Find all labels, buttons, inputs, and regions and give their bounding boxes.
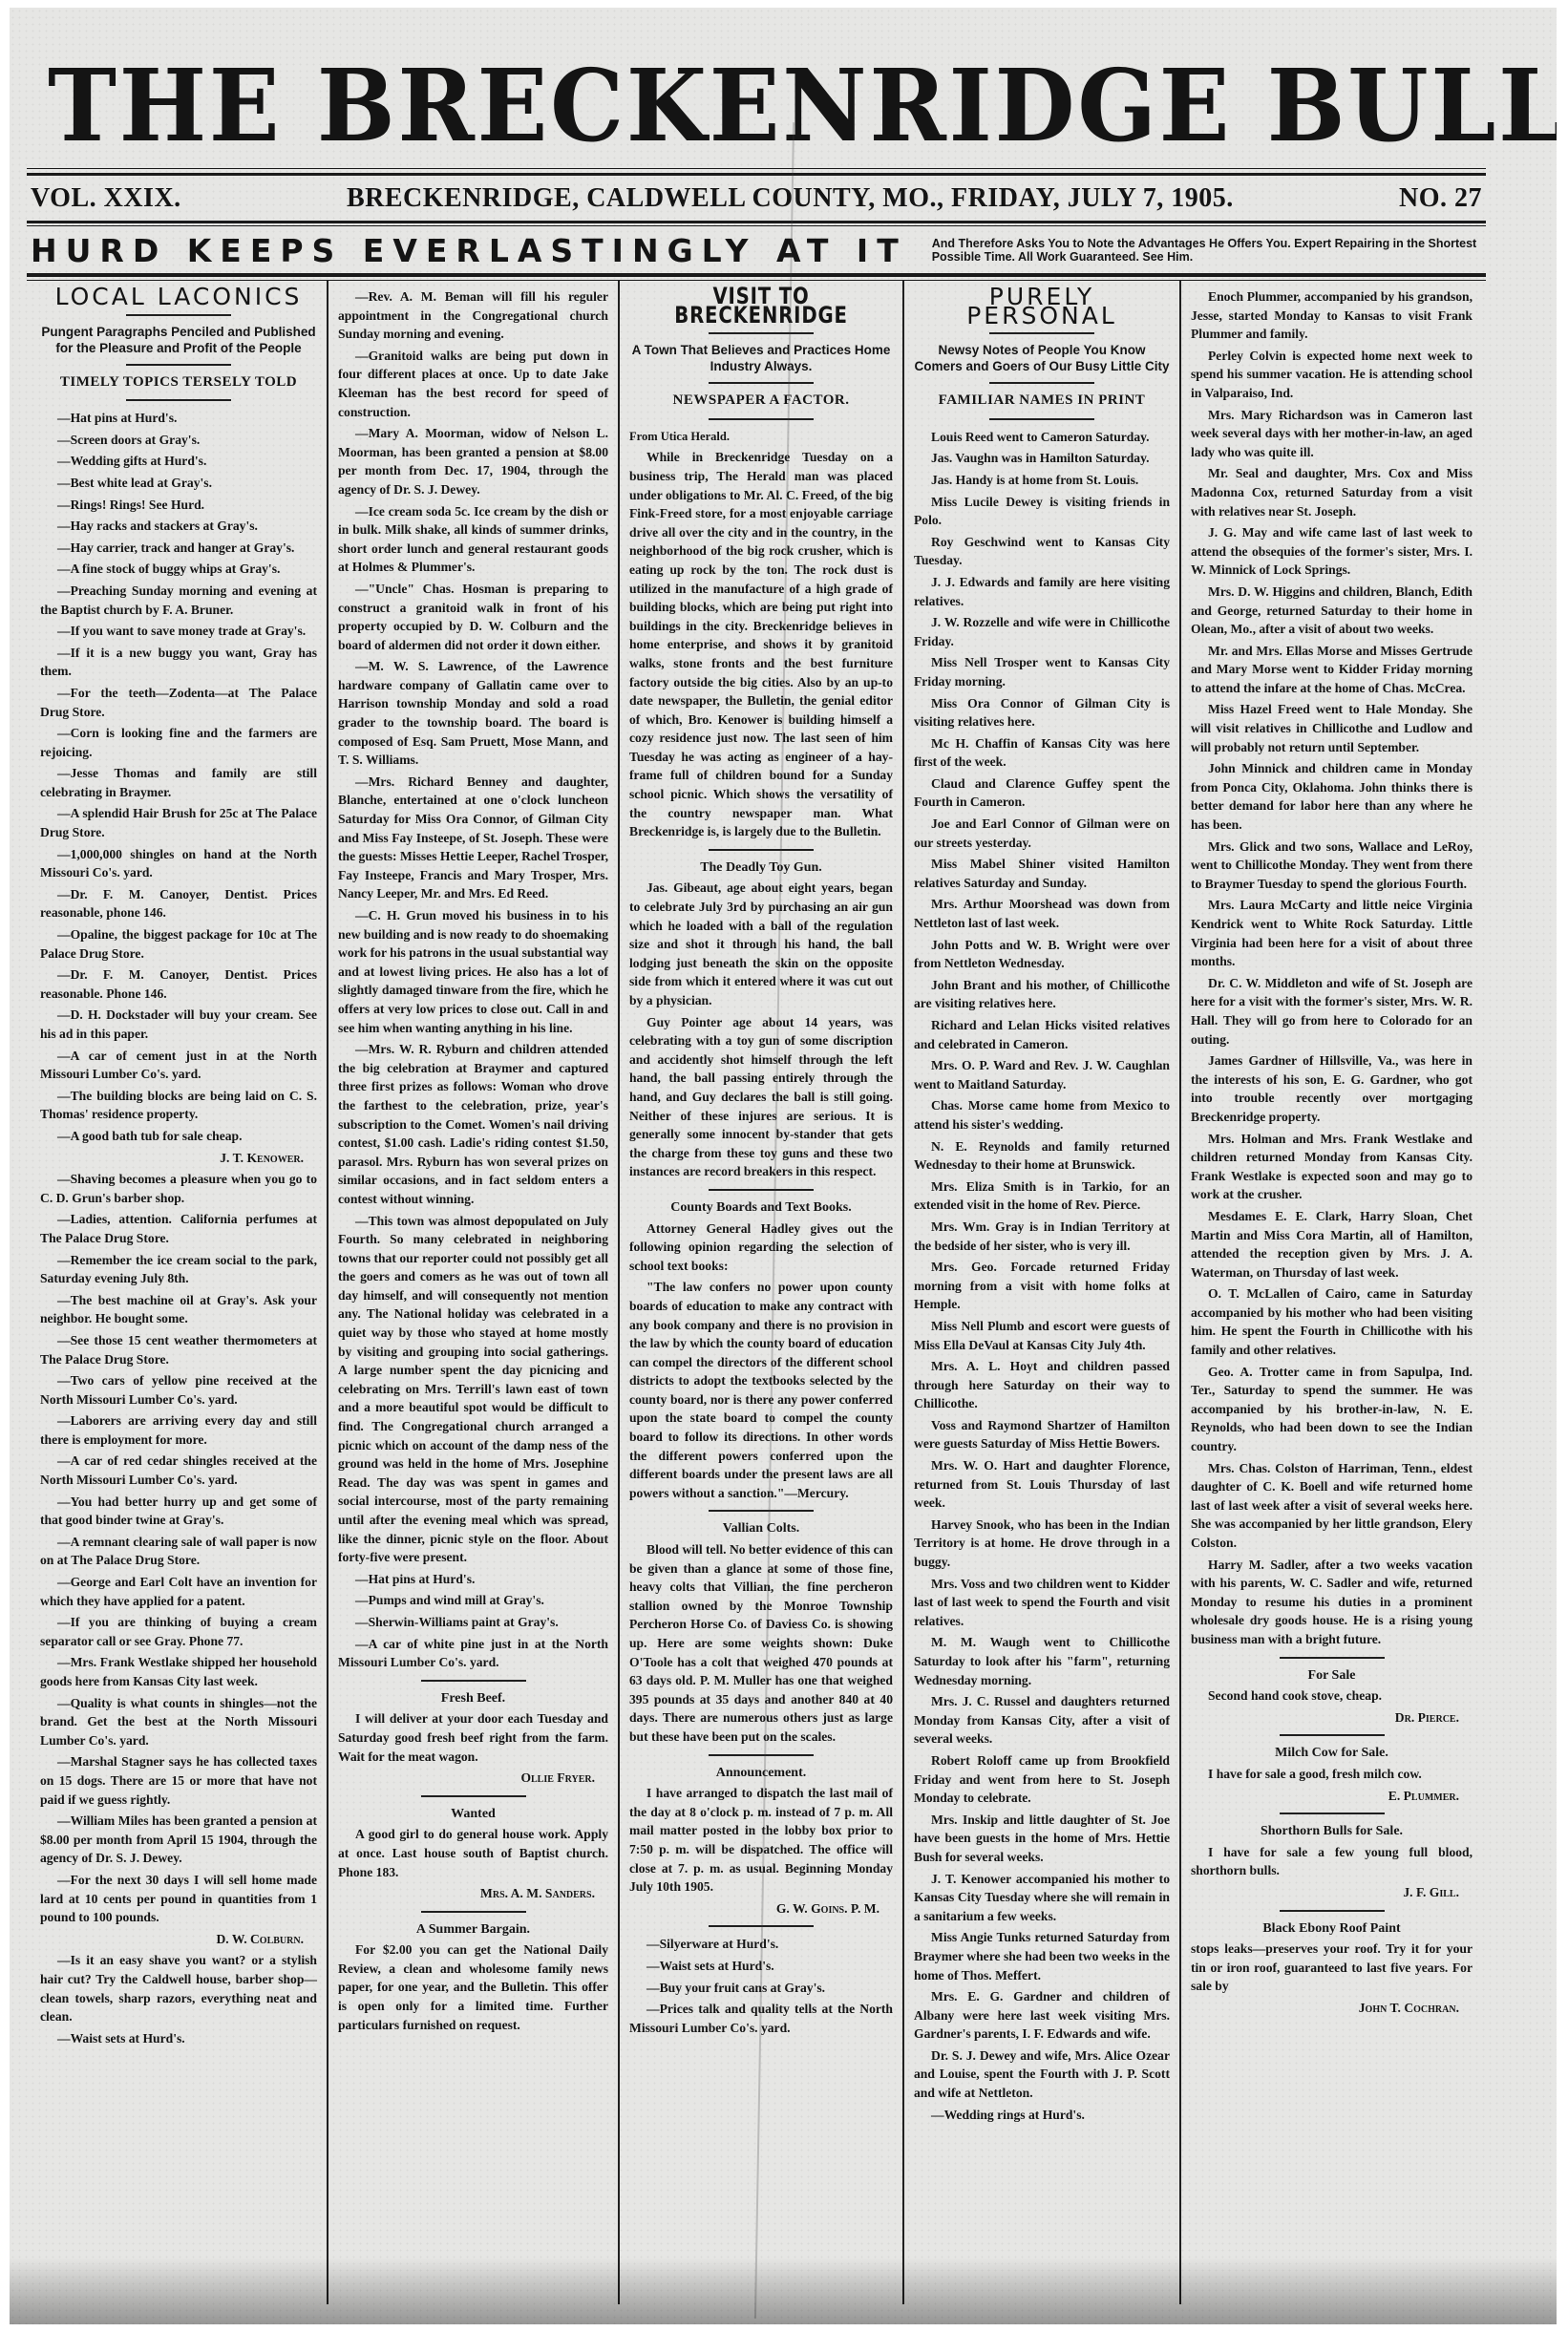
article-body: I have arranged to dispatch the last mai…	[629, 1784, 893, 1897]
ad-title: A Summer Bargain.	[338, 1920, 608, 1940]
news-item: Jas. Gibeaut, age about eight years, beg…	[629, 879, 893, 1009]
news-item: N. E. Reynolds and family returned Wedne…	[914, 1137, 1170, 1175]
news-item: —You had better hurry up and get some of…	[40, 1493, 317, 1530]
news-item: —Prices talk and quality tells at the No…	[629, 2000, 893, 2037]
masthead-title: THE BRECKENRIDGE BULLETIN	[48, 53, 1380, 159]
news-item: M. M. Waugh went to Chillicothe Saturday…	[914, 1633, 1170, 1689]
news-item: —If it is a new buggy you want, Gray has…	[40, 644, 317, 681]
article-body: Blood will tell. No better evidence of t…	[629, 1540, 893, 1747]
news-item: —Ice cream soda 5c. Ice cream by the dis…	[338, 502, 608, 577]
news-item: "The law confers no power upon county bo…	[629, 1278, 893, 1502]
news-item: Miss Hazel Freed went to Hale Monday. Sh…	[1191, 700, 1473, 756]
signature: J. F. Gill.	[1191, 1883, 1473, 1902]
divider	[709, 332, 814, 334]
article-title: Announcement.	[629, 1764, 893, 1783]
divider	[1280, 1657, 1385, 1659]
news-item: Chas. Morse came home from Mexico to att…	[914, 1096, 1170, 1134]
news-item: Mrs. W. O. Hart and daughter Florence, r…	[914, 1456, 1170, 1513]
divider	[709, 849, 814, 851]
news-list: —Silyerware at Hurd's.—Waist sets at Hur…	[629, 1935, 893, 2037]
news-item: —Hat pins at Hurd's.	[40, 409, 317, 428]
news-item: Joe and Earl Connor of Gilman were on ou…	[914, 815, 1170, 852]
signature: G. W. Goins. P. M.	[629, 1899, 893, 1919]
news-list: —Is it an easy shave you want? or a styl…	[40, 1951, 317, 2047]
divider	[27, 225, 1486, 226]
news-item: —A car of red cedar shingles received at…	[40, 1452, 317, 1489]
ad-title: Milch Cow for Sale.	[1191, 1744, 1473, 1763]
section-title: LOCAL LACONICS	[40, 287, 317, 307]
signature: Dr. Pierce.	[1191, 1708, 1473, 1728]
news-item: J. J. Edwards and family are here visiti…	[914, 573, 1170, 610]
news-item: Enoch Plummer, accompanied by his grands…	[1191, 287, 1473, 344]
news-item: J. T. Kenower accompanied his mother to …	[914, 1870, 1170, 1926]
news-item: Mrs. Holman and Mrs. Frank Westlake and …	[1191, 1130, 1473, 1204]
news-item: —Granitoid walks are being put down in f…	[338, 347, 608, 421]
news-item: Mrs. Arthur Moorshead was down from Nett…	[914, 895, 1170, 932]
issue-number: NO. 27	[1399, 183, 1482, 214]
news-item: Harvey Snook, who has been in the Indian…	[914, 1516, 1170, 1572]
section-kicker: NEWSPAPER A FACTOR.	[629, 392, 893, 411]
news-item: —Mrs. Frank Westlake shipped her househo…	[40, 1653, 317, 1690]
article-title: County Boards and Text Books.	[629, 1198, 893, 1218]
news-item: —A fine stock of buggy whips at Gray's.	[40, 560, 317, 579]
news-item: Mrs. Wm. Gray is in Indian Territory at …	[914, 1218, 1170, 1255]
news-list: Enoch Plummer, accompanied by his grands…	[1191, 287, 1473, 1649]
signature: E. Plummer.	[1191, 1787, 1473, 1806]
news-item: —Quality is what counts in shingles—not …	[40, 1694, 317, 1750]
news-item: —A car of white pine just in at the Nort…	[338, 1635, 608, 1672]
section-kicker: TIMELY TOPICS TERSELY TOLD	[40, 373, 317, 392]
divider	[126, 314, 231, 316]
news-item: Mrs. Glick and two sons, Wallace and LeR…	[1191, 837, 1473, 894]
news-item: Mrs. D. W. Higgins and children, Blanch,…	[1191, 583, 1473, 639]
news-item: Mrs. Voss and two children went to Kidde…	[914, 1575, 1170, 1631]
news-item: —Is it an easy shave you want? or a styl…	[40, 1951, 317, 2025]
ad-title: Black Ebony Roof Paint	[1191, 1919, 1473, 1939]
news-list: —Rev. A. M. Beman will fill his reguler …	[338, 287, 608, 1672]
divider	[421, 1911, 526, 1913]
news-item: Mrs. Chas. Colston of Harriman, Tenn., e…	[1191, 1459, 1473, 1553]
news-item: Voss and Raymond Shartzer of Hamilton we…	[914, 1416, 1170, 1453]
divider	[421, 1795, 526, 1797]
signature: Ollie Fryer.	[338, 1769, 608, 1788]
news-item: —D. H. Dockstader will buy your cream. S…	[40, 1006, 317, 1043]
news-item: Dr. S. J. Dewey and wife, Mrs. Alice Oze…	[914, 2046, 1170, 2103]
news-item: —If you want to save money trade at Gray…	[40, 622, 317, 641]
news-item: —Screen doors at Gray's.	[40, 431, 317, 450]
ad-title: Shorthorn Bulls for Sale.	[1191, 1822, 1473, 1841]
news-item: —For the teeth—Zodenta—at The Palace Dru…	[40, 684, 317, 721]
divider	[989, 418, 1094, 420]
news-item: Mr. Seal and daughter, Mrs. Cox and Miss…	[1191, 464, 1473, 520]
news-item: Miss Mabel Shiner visited Hamilton relat…	[914, 855, 1170, 892]
news-list: Louis Reed went to Cameron Saturday.Jas.…	[914, 428, 1170, 2124]
ad-body: I will deliver at your door each Tuesday…	[338, 1709, 608, 1766]
news-item: —Waist sets at Hurd's.	[629, 1957, 893, 1976]
news-item: Mrs. Mary Richardson was in Cameron last…	[1191, 406, 1473, 462]
signature: J. T. Kenower.	[40, 1149, 317, 1168]
news-item: —If you are thinking of buying a cream s…	[40, 1613, 317, 1650]
banner-tagline: And Therefore Asks You to Note the Advan…	[932, 237, 1482, 264]
news-item: Claud and Clarence Guffey spent the Four…	[914, 774, 1170, 812]
divider	[27, 221, 1486, 223]
ad-body: For $2.00 you can get the National Daily…	[338, 1940, 608, 2034]
ad-body: A good girl to do general house work. Ap…	[338, 1825, 608, 1881]
hurd-banner-ad: HURD KEEPS EVERLASTINGLY AT IT And There…	[31, 230, 1482, 270]
divider	[126, 399, 231, 401]
article-title: The Deadly Toy Gun.	[629, 859, 893, 878]
divider	[421, 1680, 526, 1682]
news-item: —Laborers are arriving every day and sti…	[40, 1411, 317, 1449]
column-five: Enoch Plummer, accompanied by his grands…	[1179, 280, 1482, 2304]
section-deck: A Town That Believes and Practices Home …	[629, 342, 893, 374]
banner-headline: HURD KEEPS EVERLASTINGLY AT IT	[31, 232, 907, 269]
news-item: Geo. A. Trotter came in from Sapulpa, In…	[1191, 1363, 1473, 1456]
news-item: Mc H. Chaffin of Kansas City was here fi…	[914, 734, 1170, 772]
news-item: —Hay racks and stackers at Gray's.	[40, 517, 317, 536]
news-item: Miss Lucile Dewey is visiting friends in…	[914, 493, 1170, 530]
section-deck: Newsy Notes of People You Know Comers an…	[914, 342, 1170, 374]
news-item: Mrs. Inskip and little daughter of St. J…	[914, 1811, 1170, 1867]
news-item: —M. W. S. Lawrence, of the Lawrence hard…	[338, 657, 608, 770]
news-item: —Two cars of yellow pine received at the…	[40, 1371, 317, 1409]
news-item: Mrs. Eliza Smith is in Tarkio, for an ex…	[914, 1177, 1170, 1215]
news-item: —Dr. F. M. Canoyer, Dentist. Prices reas…	[40, 885, 317, 922]
news-item: —Mary A. Moorman, widow of Nelson L. Moo…	[338, 424, 608, 498]
news-item: Richard and Lelan Hicks visited relative…	[914, 1016, 1170, 1053]
news-item: —Marshal Stagner says he has collected t…	[40, 1752, 317, 1809]
divider	[1280, 1813, 1385, 1814]
news-item: —Corn is looking fine and the farmers ar…	[40, 724, 317, 761]
section-kicker: FAMILIAR NAMES IN PRINT	[914, 392, 1170, 411]
news-item: —A good bath tub for sale cheap.	[40, 1127, 317, 1146]
news-item: —Silyerware at Hurd's.	[629, 1935, 893, 1954]
news-list: —Shaving becomes a pleasure when you go …	[40, 1170, 317, 1927]
section-title: VISIT TO BRECKENRIDGE	[653, 287, 869, 325]
news-item: —Jesse Thomas and family are still celeb…	[40, 764, 317, 801]
news-item: —Preaching Sunday morning and evening at…	[40, 582, 317, 619]
divider	[989, 332, 1094, 334]
news-item: —Buy your fruit cans at Gray's.	[629, 1979, 893, 1998]
news-item: —Remember the ice cream social to the pa…	[40, 1251, 317, 1288]
news-item: Mrs. O. P. Ward and Rev. J. W. Caughlan …	[914, 1056, 1170, 1093]
divider	[27, 273, 1486, 277]
divider	[709, 1510, 814, 1512]
news-item: Guy Pointer age about 14 years, was cele…	[629, 1013, 893, 1181]
news-item: —Waist sets at Hurd's.	[40, 2029, 317, 2048]
news-item: —This town was almost depopulated on Jul…	[338, 1212, 608, 1567]
column-purely-personal: PURELY PERSONAL Newsy Notes of People Yo…	[902, 280, 1179, 2304]
divider	[709, 1189, 814, 1191]
news-list: —Hat pins at Hurd's.—Screen doors at Gra…	[40, 409, 317, 1145]
news-item: —Hay carrier, track and hanger at Gray's…	[40, 539, 317, 558]
divider	[1280, 1734, 1385, 1736]
news-item: Roy Geschwind went to Kansas City Tuesda…	[914, 533, 1170, 570]
divider	[27, 168, 1486, 169]
news-item: Mrs. Geo. Forcade returned Friday mornin…	[914, 1258, 1170, 1314]
news-item: Louis Reed went to Cameron Saturday.	[914, 428, 1170, 447]
news-item: —A remnant clearing sale of wall paper i…	[40, 1533, 317, 1570]
news-item: Miss Nell Trosper went to Kansas City Fr…	[914, 653, 1170, 690]
news-item: —Mrs. W. R. Ryburn and children attended…	[338, 1040, 608, 1208]
news-item: —Opaline, the biggest package for 10c at…	[40, 925, 317, 963]
news-item: John Minnick and children came in Monday…	[1191, 759, 1473, 834]
news-item: Miss Ora Connor of Gilman City is visiti…	[914, 694, 1170, 731]
ad-body: I have for sale a few young full blood, …	[1191, 1843, 1473, 1880]
news-item: —William Miles has been granted a pensio…	[40, 1812, 317, 1868]
news-item: —1,000,000 shingles on hand at the North…	[40, 845, 317, 882]
news-item: —Ladies, attention. California perfumes …	[40, 1210, 317, 1247]
news-item: —The building blocks are being laid on C…	[40, 1087, 317, 1124]
news-item: Mrs. A. L. Hoyt and children passed thro…	[914, 1357, 1170, 1413]
news-item: —See those 15 cent weather thermometers …	[40, 1331, 317, 1368]
news-item: —For the next 30 days I will sell home m…	[40, 1871, 317, 1927]
news-item: Dr. C. W. Middleton and wife of St. Jose…	[1191, 974, 1473, 1049]
news-item: Miss Nell Plumb and escort were guests o…	[914, 1317, 1170, 1354]
section-deck: Pungent Paragraphs Penciled and Publishe…	[40, 324, 317, 356]
signature: John T. Cochran.	[1191, 1999, 1473, 2018]
divider	[709, 418, 814, 420]
news-item: —Wedding rings at Hurd's.	[914, 2106, 1170, 2125]
news-item: Mrs. E. G. Gardner and children of Alban…	[914, 1987, 1170, 2044]
news-item: —A car of cement just in at the North Mi…	[40, 1047, 317, 1084]
news-item: —A splendid Hair Brush for 25c at The Pa…	[40, 804, 317, 841]
column-two: —Rev. A. M. Beman will fill his reguler …	[327, 280, 618, 2304]
divider	[709, 1925, 814, 1927]
ad-body: I have for sale a good, fresh milch cow.	[1191, 1765, 1473, 1784]
ad-body: Second hand cook stove, cheap.	[1191, 1686, 1473, 1706]
ad-title: Fresh Beef.	[338, 1689, 608, 1708]
news-item: Jas. Vaughn was in Hamilton Saturday.	[914, 449, 1170, 468]
news-item: —Pumps and wind mill at Gray's.	[338, 1591, 608, 1610]
news-item: John Potts and W. B. Wright were over fr…	[914, 936, 1170, 973]
dateline: BRECKENRIDGE, CALDWELL COUNTY, MO., FRID…	[347, 183, 1234, 214]
news-item: Miss Angie Tunks returned Saturday from …	[914, 1928, 1170, 1984]
divider	[709, 1754, 814, 1756]
news-item: —Sherwin-Williams paint at Gray's.	[338, 1613, 608, 1632]
article-source: From Utica Herald.	[629, 428, 893, 447]
news-item: Jas. Handy is at home from St. Louis.	[914, 471, 1170, 490]
dateline-bar: VOL. XXIX. BRECKENRIDGE, CALDWELL COUNTY…	[31, 180, 1482, 218]
news-item: James Gardner of Hillsville, Va., was he…	[1191, 1051, 1473, 1126]
article-title: Vallian Colts.	[629, 1519, 893, 1538]
news-item: —C. H. Grun moved his business in to his…	[338, 906, 608, 1037]
article-paragraphs: Jas. Gibeaut, age about eight years, beg…	[629, 879, 893, 1181]
news-item: Harry M. Sadler, after a two weeks vacat…	[1191, 1556, 1473, 1649]
news-item: John Brant and his mother, of Chillicoth…	[914, 976, 1170, 1013]
article-columns: LOCAL LACONICS Pungent Paragraphs Pencil…	[31, 280, 1482, 2304]
divider	[709, 382, 814, 384]
divider	[126, 364, 231, 366]
news-item: —Dr. F. M. Canoyer, Dentist. Prices reas…	[40, 965, 317, 1003]
article-paragraphs: Attorney General Hadley gives out the fo…	[629, 1219, 893, 1503]
column-visit-breckenridge: VISIT TO BRECKENRIDGE A Town That Believ…	[618, 280, 902, 2304]
news-item: Mrs. Laura McCarty and little neice Virg…	[1191, 896, 1473, 970]
newspaper-page: THE BRECKENRIDGE BULLETIN VOL. XXIX. BRE…	[10, 8, 1557, 2324]
news-item: —Best white lead at Gray's.	[40, 474, 317, 493]
news-item: Perley Colvin is expected home next week…	[1191, 347, 1473, 403]
signature: D. W. Colburn.	[40, 1930, 317, 1949]
news-item: —Wedding gifts at Hurd's.	[40, 452, 317, 471]
news-item: —Hat pins at Hurd's.	[338, 1570, 608, 1589]
news-item: —George and Earl Colt have an invention …	[40, 1573, 317, 1610]
news-item: J. W. Rozzelle and wife were in Chillico…	[914, 613, 1170, 650]
column-local-laconics: LOCAL LACONICS Pungent Paragraphs Pencil…	[31, 280, 327, 2304]
news-item: O. T. McLallen of Cairo, came in Saturda…	[1191, 1284, 1473, 1359]
divider	[1280, 1910, 1385, 1912]
news-item: Mr. and Mrs. Ellas Morse and Misses Gert…	[1191, 642, 1473, 698]
news-item: —Rev. A. M. Beman will fill his reguler …	[338, 287, 608, 344]
ad-title: For Sale	[1191, 1666, 1473, 1685]
news-item: Robert Roloff came up from Brookfield Fr…	[914, 1751, 1170, 1808]
news-item: J. G. May and wife came last of last wee…	[1191, 523, 1473, 580]
news-item: —Rings! Rings! See Hurd.	[40, 496, 317, 515]
signature: Mrs. A. M. Sanders.	[338, 1884, 608, 1903]
article-body: While in Breckenridge Tuesday on a busin…	[629, 448, 893, 840]
divider	[989, 382, 1094, 384]
news-item: —Shaving becomes a pleasure when you go …	[40, 1170, 317, 1207]
ad-title: Wanted	[338, 1805, 608, 1824]
news-item: —"Uncle" Chas. Hosman is preparing to co…	[338, 580, 608, 654]
news-item: Mrs. J. C. Russel and daughters returned…	[914, 1692, 1170, 1749]
section-title: PURELY PERSONAL	[914, 287, 1170, 325]
divider	[27, 173, 1486, 176]
news-item: —Mrs. Richard Benney and daughter, Blanc…	[338, 773, 608, 903]
ad-body: stops leaks—preserves your roof. Try it …	[1191, 1940, 1473, 1996]
news-item: Mesdames E. E. Clark, Harry Sloan, Chet …	[1191, 1207, 1473, 1282]
news-item: —The best machine oil at Gray's. Ask you…	[40, 1291, 317, 1328]
volume-number: VOL. XXIX.	[31, 183, 181, 214]
news-item: Attorney General Hadley gives out the fo…	[629, 1219, 893, 1276]
